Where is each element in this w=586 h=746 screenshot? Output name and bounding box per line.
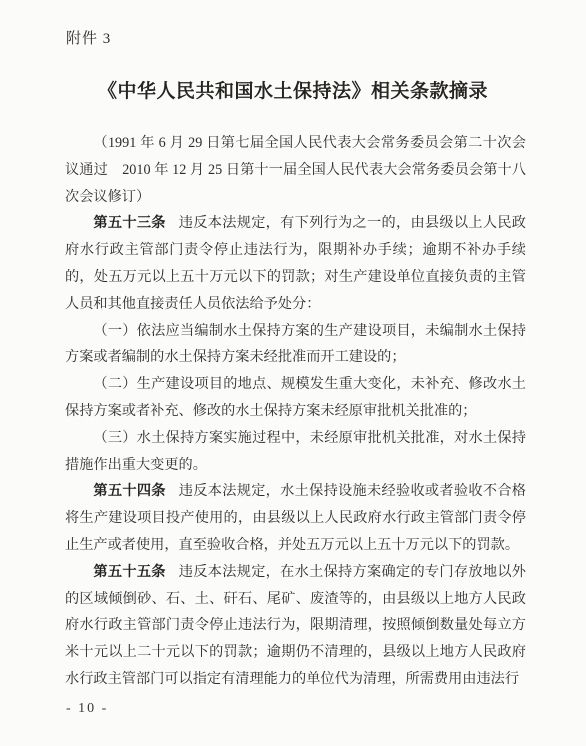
article-53-item-2: （二）生产建设项目的地点、规模发生重大变化，未补充、修改水土保持方案或者补充、修… — [65, 371, 526, 425]
paragraph-text: （1991 年 6 月 29 日第七届全国人民代表大会常务委员会第二十次会议通过… — [65, 135, 526, 205]
paragraph-text: （二）生产建设项目的地点、规模发生重大变化，未补充、修改水土保持方案或者补充、修… — [65, 376, 526, 419]
page-number: - 10 - — [66, 701, 108, 717]
article-53-item-3: （三）水土保持方案实施过程中，未经原审批机关批准，对水土保持措施作出重大变更的。 — [65, 425, 526, 479]
article-number: 第五十三条 — [93, 215, 165, 231]
paragraph-text: （一）依法应当编制水土保持方案的生产建设项目，未编制水土保持方案或者编制的水土保… — [65, 323, 526, 366]
page-title: 《中华人民共和国水土保持法》相关条款摘录 — [0, 76, 586, 103]
paragraph-text: （三）水土保持方案实施过程中，未经原审批机关批准，对水土保持措施作出重大变更的。 — [65, 430, 526, 473]
document-page: 附件 3 《中华人民共和国水土保持法》相关条款摘录 （1991 年 6 月 29… — [0, 0, 586, 746]
preamble-paragraph: （1991 年 6 月 29 日第七届全国人民代表大会常务委员会第二十次会议通过… — [65, 130, 526, 210]
article-53-paragraph: 第五十三条违反本法规定，有下列行为之一的，由县级以上人民政府水行政主管部门责令停… — [65, 210, 526, 317]
article-55-paragraph: 第五十五条违反本法规定，在水土保持方案确定的专门存放地以外的区域倾倒砂、石、土、… — [65, 559, 526, 693]
article-number: 第五十五条 — [93, 564, 165, 580]
article-53-item-1: （一）依法应当编制水土保持方案的生产建设项目，未编制水土保持方案或者编制的水土保… — [65, 318, 526, 372]
attachment-label: 附件 3 — [66, 27, 111, 48]
document-body: （1991 年 6 月 29 日第七届全国人民代表大会常务委员会第二十次会议通过… — [65, 130, 526, 693]
paragraph-text: 违反本法规定，在水土保持方案确定的专门存放地以外的区域倾倒砂、石、土、矸石、尾矿… — [65, 564, 526, 687]
article-54-paragraph: 第五十四条违反本法规定，水土保持设施未经验收或者验收不合格将生产建设项目投产使用… — [65, 478, 526, 558]
article-number: 第五十四条 — [93, 483, 165, 499]
